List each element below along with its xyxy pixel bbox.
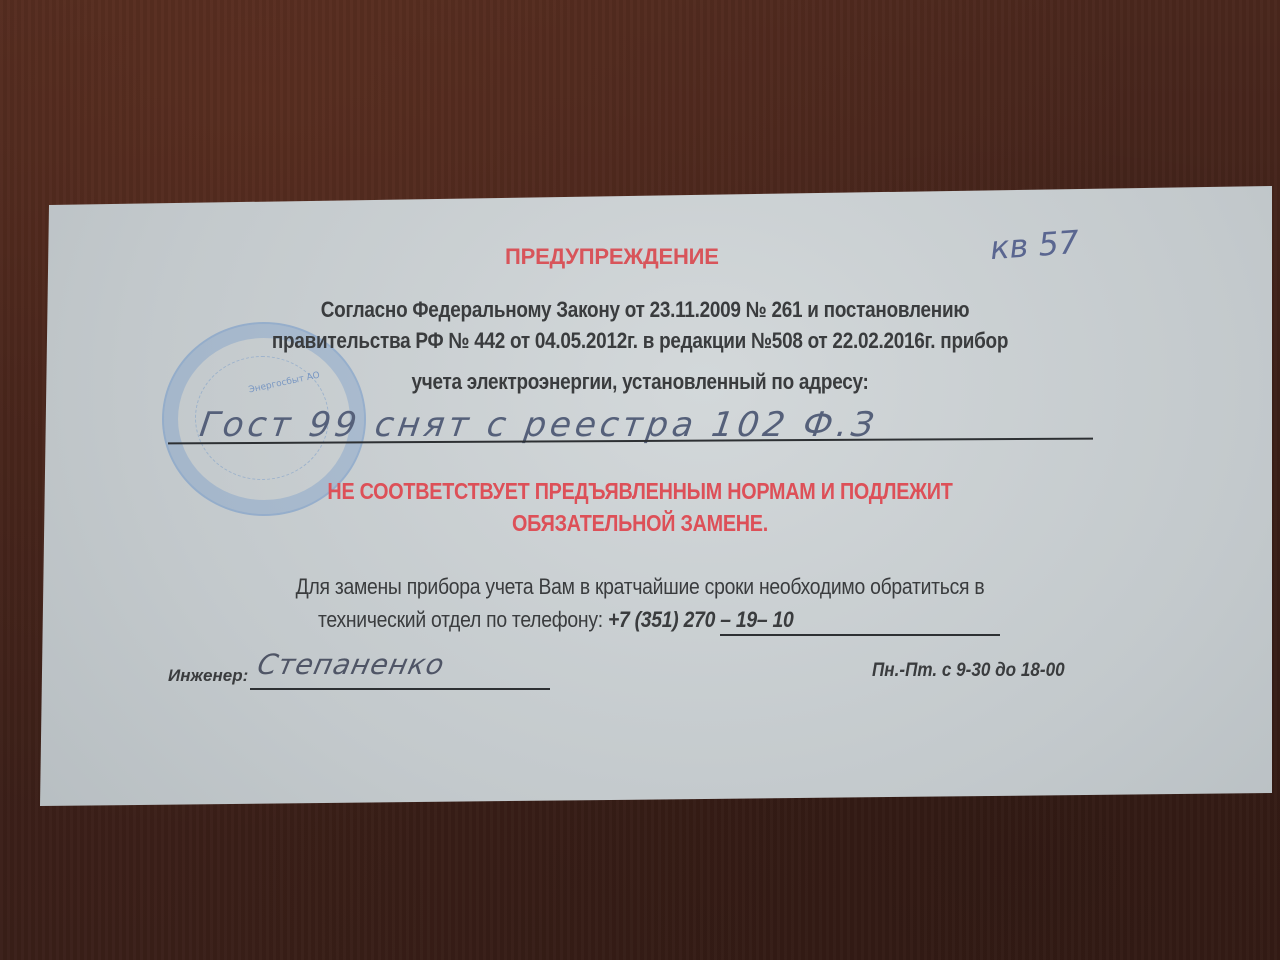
instruction-line-2: технический отдел по телефону: +7 (351) … xyxy=(318,607,793,633)
notice-title: ПРЕДУПРЕЖДЕНИЕ xyxy=(505,244,719,270)
legal-basis-line-3: учета электроэнергии, установленный по а… xyxy=(210,369,1070,395)
warning-notice-paper: Энергосбыт АО ПРЕДУПРЕЖДЕНИЕ кв 57 Согла… xyxy=(0,0,1280,960)
instruction-line-1: Для замены прибора учета Вам в кратчайши… xyxy=(174,574,1107,600)
legal-basis-line-2: правительства РФ № 442 от 04.05.2012г. в… xyxy=(184,328,1096,354)
handwritten-apartment-note: кв 57 xyxy=(989,223,1081,267)
phone-underline xyxy=(720,634,1000,636)
engineer-signature: Степаненко xyxy=(254,648,447,681)
instruction-line-2-text: технический отдел по телефону: xyxy=(318,607,608,632)
engineer-label: Инженер: xyxy=(168,666,248,686)
signature-underline xyxy=(250,688,550,690)
warning-line-2: ОБЯЗАТЕЛЬНОЙ ЗАМЕНЕ. xyxy=(210,510,1070,537)
working-hours: Пн.-Пт. с 9-30 до 18-00 xyxy=(872,660,1065,682)
warning-line-1: НЕ СООТВЕТСТВУЕТ ПРЕДЪЯВЛЕННЫМ НОРМАМ И … xyxy=(176,478,1105,505)
phone-number: +7 (351) 270 – 19– 10 xyxy=(608,607,794,632)
legal-basis-line-1: Согласно Федеральному Закону от 23.11.20… xyxy=(211,297,1080,323)
